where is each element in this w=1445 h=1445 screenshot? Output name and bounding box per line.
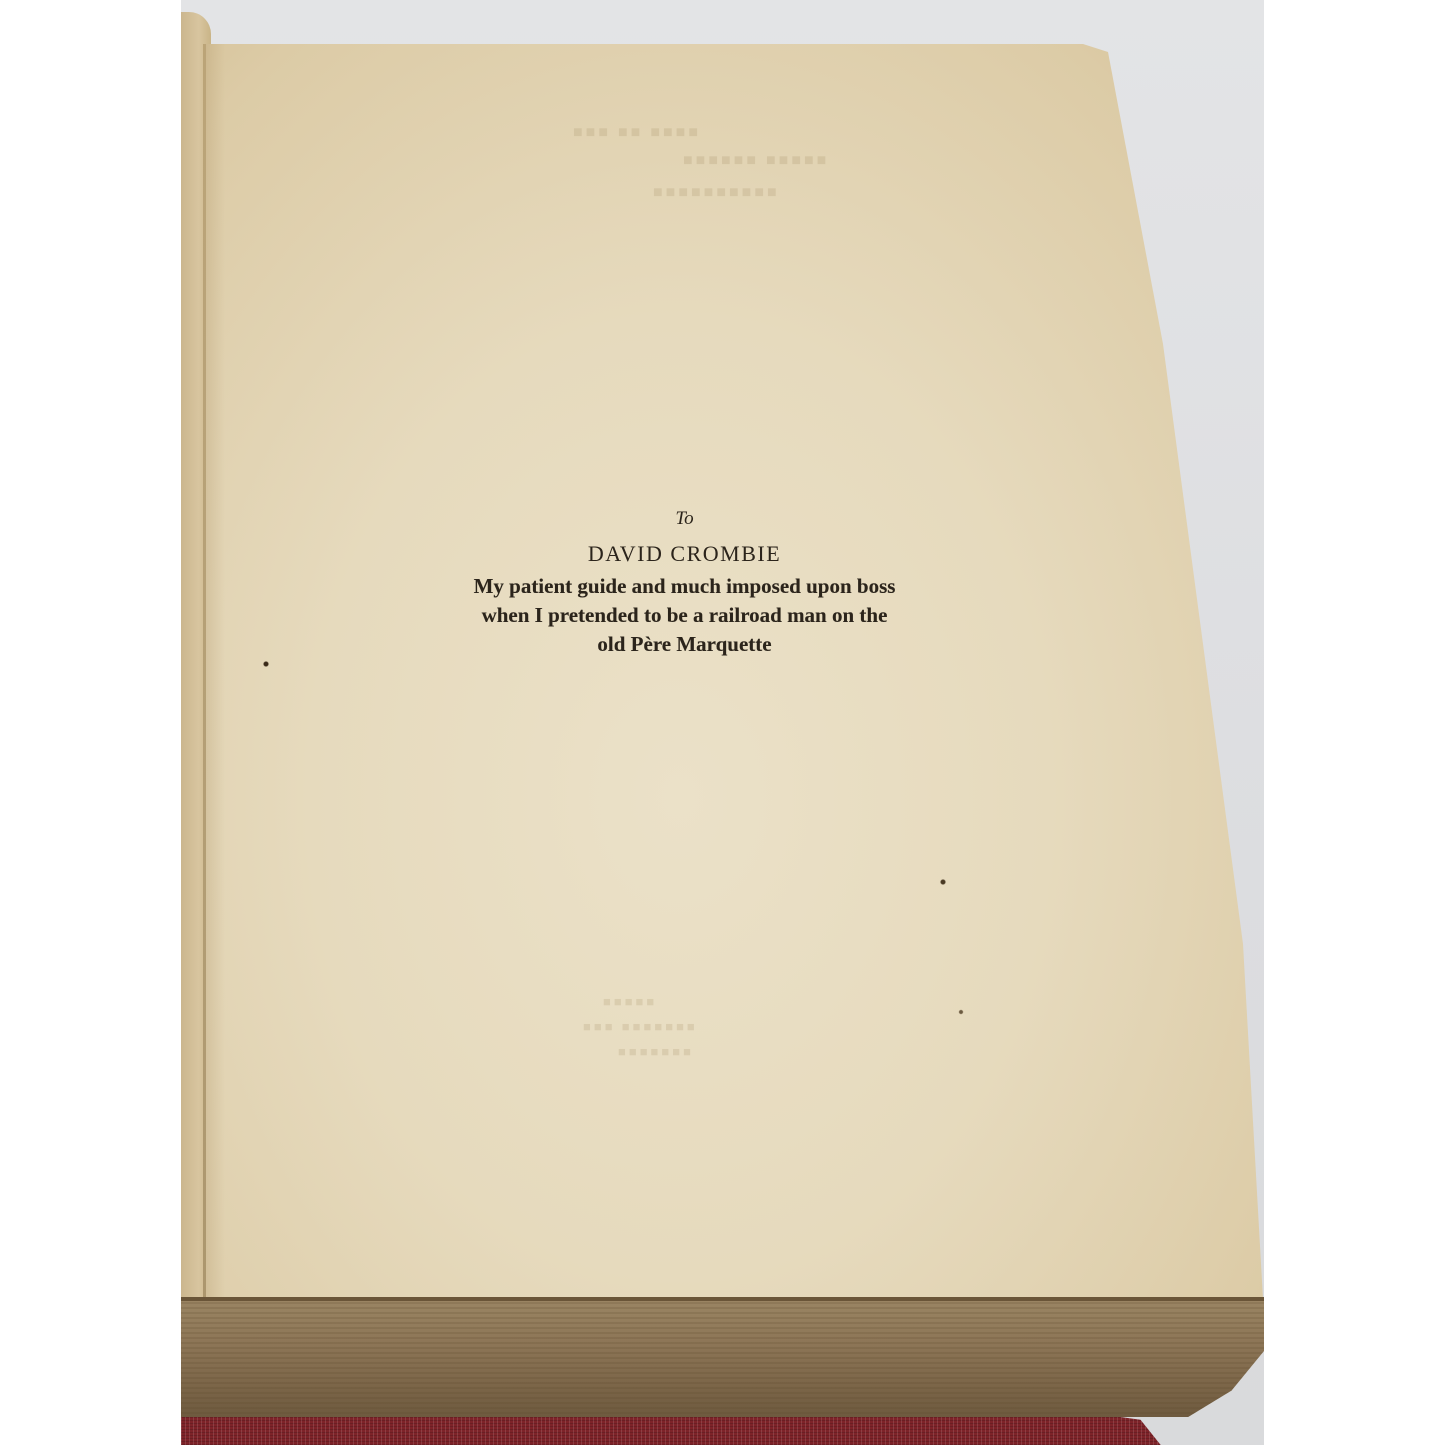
- red-cloth-binding: [181, 1417, 1191, 1445]
- dedication-line: when I pretended to be a railroad man on…: [363, 601, 1006, 630]
- dedication-text: My patient guide and much imposed upon b…: [363, 572, 1006, 659]
- dedication-to: To: [363, 506, 1006, 532]
- page-block-edge: [181, 1297, 1264, 1417]
- show-through-text: ■■■■■■■■■■: [653, 184, 780, 202]
- dedication-block: To DAVID CROMBIE My patient guide and mu…: [363, 506, 1006, 659]
- dedication-line: My patient guide and much imposed upon b…: [363, 572, 1006, 601]
- dedicatee-name: DAVID CROMBIE: [363, 540, 1006, 568]
- dedication-line: old Père Marquette: [363, 630, 1006, 659]
- show-through-text: ■■■■■■■: [618, 1044, 694, 1060]
- show-through-text: ■■■ ■■ ■■■■: [573, 124, 701, 142]
- show-through-text: ■■■■■■ ■■■■■: [683, 152, 829, 170]
- show-through-text: ■■■ ■■■■■■■: [583, 1019, 698, 1035]
- book-photo: ■■■ ■■ ■■■■ ■■■■■■ ■■■■■ ■■■■■■■■■■ To D…: [181, 0, 1264, 1445]
- page-gutter: [203, 44, 206, 1299]
- show-through-text: ■■■■■: [603, 994, 657, 1010]
- dedication-page: ■■■ ■■ ■■■■ ■■■■■■ ■■■■■ ■■■■■■■■■■ To D…: [203, 44, 1263, 1299]
